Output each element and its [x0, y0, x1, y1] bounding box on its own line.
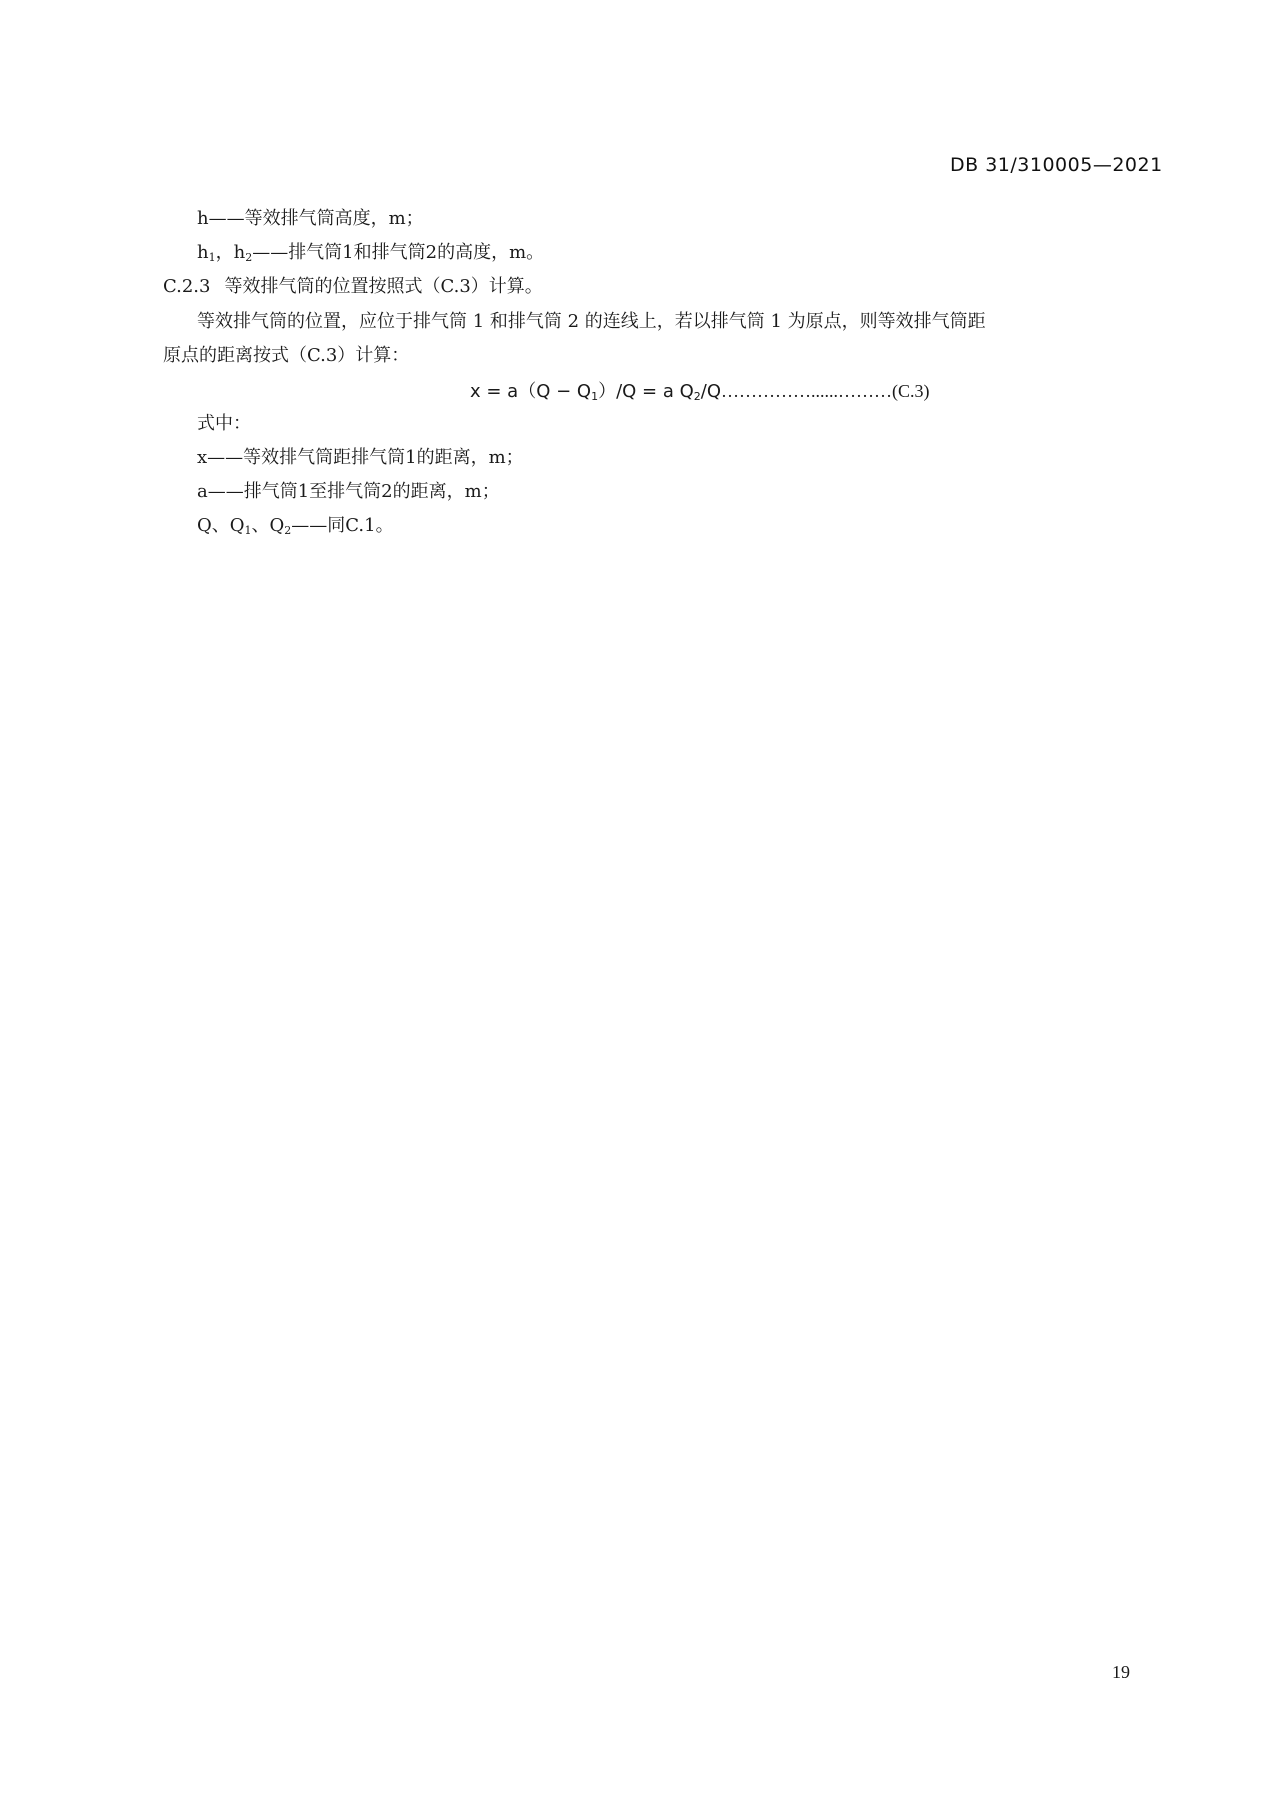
- paragraph-line-2: 原点的距离按式（C.3）计算：: [163, 344, 409, 368]
- formula-c-3: x = a（Q − Q1）/Q = a Q2/Q……………......………(C…: [470, 377, 930, 403]
- symbol: a: [197, 481, 208, 502]
- paragraph-line-1: 等效排气筒的位置，应位于排气筒 1 和排气筒 2 的连线上，若以排气筒 1 为原…: [197, 310, 986, 334]
- definition-text: 排气筒1至排气筒2的距离，m；: [244, 481, 500, 502]
- definition-a: a——排气筒1至排气筒2的距离，m；: [197, 480, 500, 504]
- dash: ——: [252, 242, 288, 263]
- definition-x: x——等效排气筒距排气筒1的距离，m；: [197, 446, 524, 470]
- subscript: 2: [694, 390, 701, 403]
- clause-number: C.2.3: [163, 276, 210, 297]
- equation-label: (C.3): [892, 381, 930, 401]
- definition-text: 排气筒1和排气筒2的高度，m。: [288, 242, 544, 263]
- formula-lhs: x = a（Q − Q: [470, 381, 591, 402]
- definition-h1-h2: h1，h2——排气筒1和排气筒2的高度，m。: [197, 241, 544, 270]
- subscript: 1: [209, 251, 216, 264]
- page-number: 19: [1112, 1662, 1130, 1683]
- definition-text: 等效排气筒距排气筒1的距离，m；: [243, 447, 524, 468]
- separator: ，: [216, 242, 234, 263]
- symbol: 、Q: [252, 515, 285, 536]
- symbol: Q、Q: [197, 515, 245, 536]
- leader-dots: ……………......………: [721, 381, 892, 401]
- subscript: 1: [245, 524, 252, 537]
- symbol: x: [197, 447, 207, 468]
- clause-text: 等效排气筒的位置按照式（C.3）计算。: [224, 276, 542, 297]
- definition-h: h——等效排气筒高度，m；: [197, 207, 424, 231]
- clause-c-2-3: C.2.3等效排气筒的位置按照式（C.3）计算。: [163, 275, 543, 299]
- symbol: h: [197, 208, 209, 229]
- formula-rhs: /Q: [701, 381, 721, 402]
- dash: ——: [208, 481, 244, 502]
- definition-text: 同C.1。: [327, 515, 393, 536]
- standard-code: DB 31/310005—2021: [950, 154, 1163, 176]
- dash: ——: [207, 447, 243, 468]
- where-label: 式中：: [197, 412, 251, 436]
- symbol: h: [197, 242, 209, 263]
- definition-text: 等效排气筒高度，m；: [245, 208, 424, 229]
- definition-q: Q、Q1、Q2——同C.1。: [197, 514, 394, 543]
- symbol: h: [234, 242, 246, 263]
- formula-mid: ）/Q = a Q: [598, 381, 694, 402]
- dash: ——: [291, 515, 327, 536]
- dash: ——: [209, 208, 245, 229]
